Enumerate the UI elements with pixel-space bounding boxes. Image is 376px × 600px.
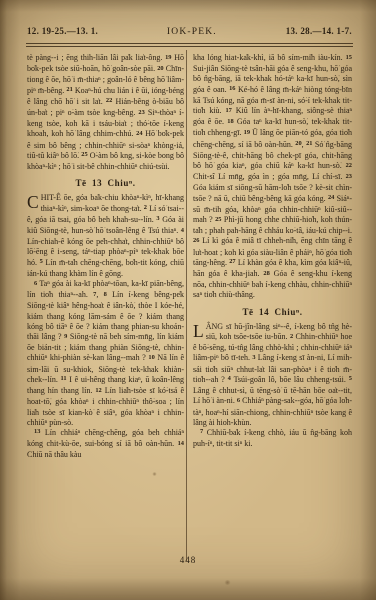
paragraph-job13-6: 6 Taⁿ góa ài ka-kī phòaⁿ-tōan, ka-kī piā… xyxy=(27,279,184,428)
dropcap-letter: C xyxy=(27,193,41,210)
right-text-column: kha lóng hiat-ka̍k-khì, iā bô sím-mi̍h i… xyxy=(193,53,352,559)
header-double-rule xyxy=(26,43,353,47)
header-verse-ref-right: 13. 28.—14. 1-7. xyxy=(286,26,352,36)
paragraph-job13-1: CHIT-Ê ōe, góa ba̍k-chiu khòaⁿ-kìⁿ, hī-k… xyxy=(27,193,184,279)
paragraph-job14-1-text: ÂNG sī hū-jîn-lâng siⁿ--ê, í-keng bô tn̂… xyxy=(193,322,352,427)
header-verse-ref-left: 12. 19-25.—13. 1. xyxy=(27,26,98,36)
left-text-column: tè pàng--i ; ēng thih-liān lâi pa̍k lia̍… xyxy=(27,53,184,559)
paragraph-job13-14b: kha lóng hiat-ka̍k-khì, iā bô sím-mi̍h i… xyxy=(193,53,352,301)
paragraph-job12-continuation: tè pàng--i ; ēng thih-liān lâi pa̍k lia̍… xyxy=(27,53,184,172)
column-divider-rule xyxy=(186,50,187,561)
chapter-14-heading: Tē 14 Chiuⁿ. xyxy=(193,307,352,317)
scanned-book-page: 12. 19-25.—13. 1. IOK-PEK. 13. 28.—14. 1… xyxy=(0,0,376,600)
paragraph-job13-1-text: HIT-Ê ōe, góa ba̍k-chiu khòaⁿ-kìⁿ, hī-kh… xyxy=(27,193,184,277)
paragraph-job13-13: 13 Lín chhiáⁿ chēng-chēng, góa beh chhiá… xyxy=(27,428,184,461)
running-header: 12. 19-25.—13. 1. IOK-PEK. 13. 28.—14. 1… xyxy=(27,26,352,37)
page-number: 448 xyxy=(0,555,376,565)
dropcap-letter: L xyxy=(193,322,206,339)
paragraph-job14-1: LÂNG sī hū-jîn-lâng siⁿ--ê, í-keng bô tn… xyxy=(193,322,352,428)
chapter-13-heading: Tē 13 Chiuⁿ. xyxy=(27,178,184,188)
paper-stain xyxy=(224,580,231,585)
paragraph-job14-7: 7 Chhiū-ba̍k í-keng chhò, iáu ū n̂g-bāng… xyxy=(193,428,352,449)
header-book-title: IOK-PEK. xyxy=(167,27,217,37)
